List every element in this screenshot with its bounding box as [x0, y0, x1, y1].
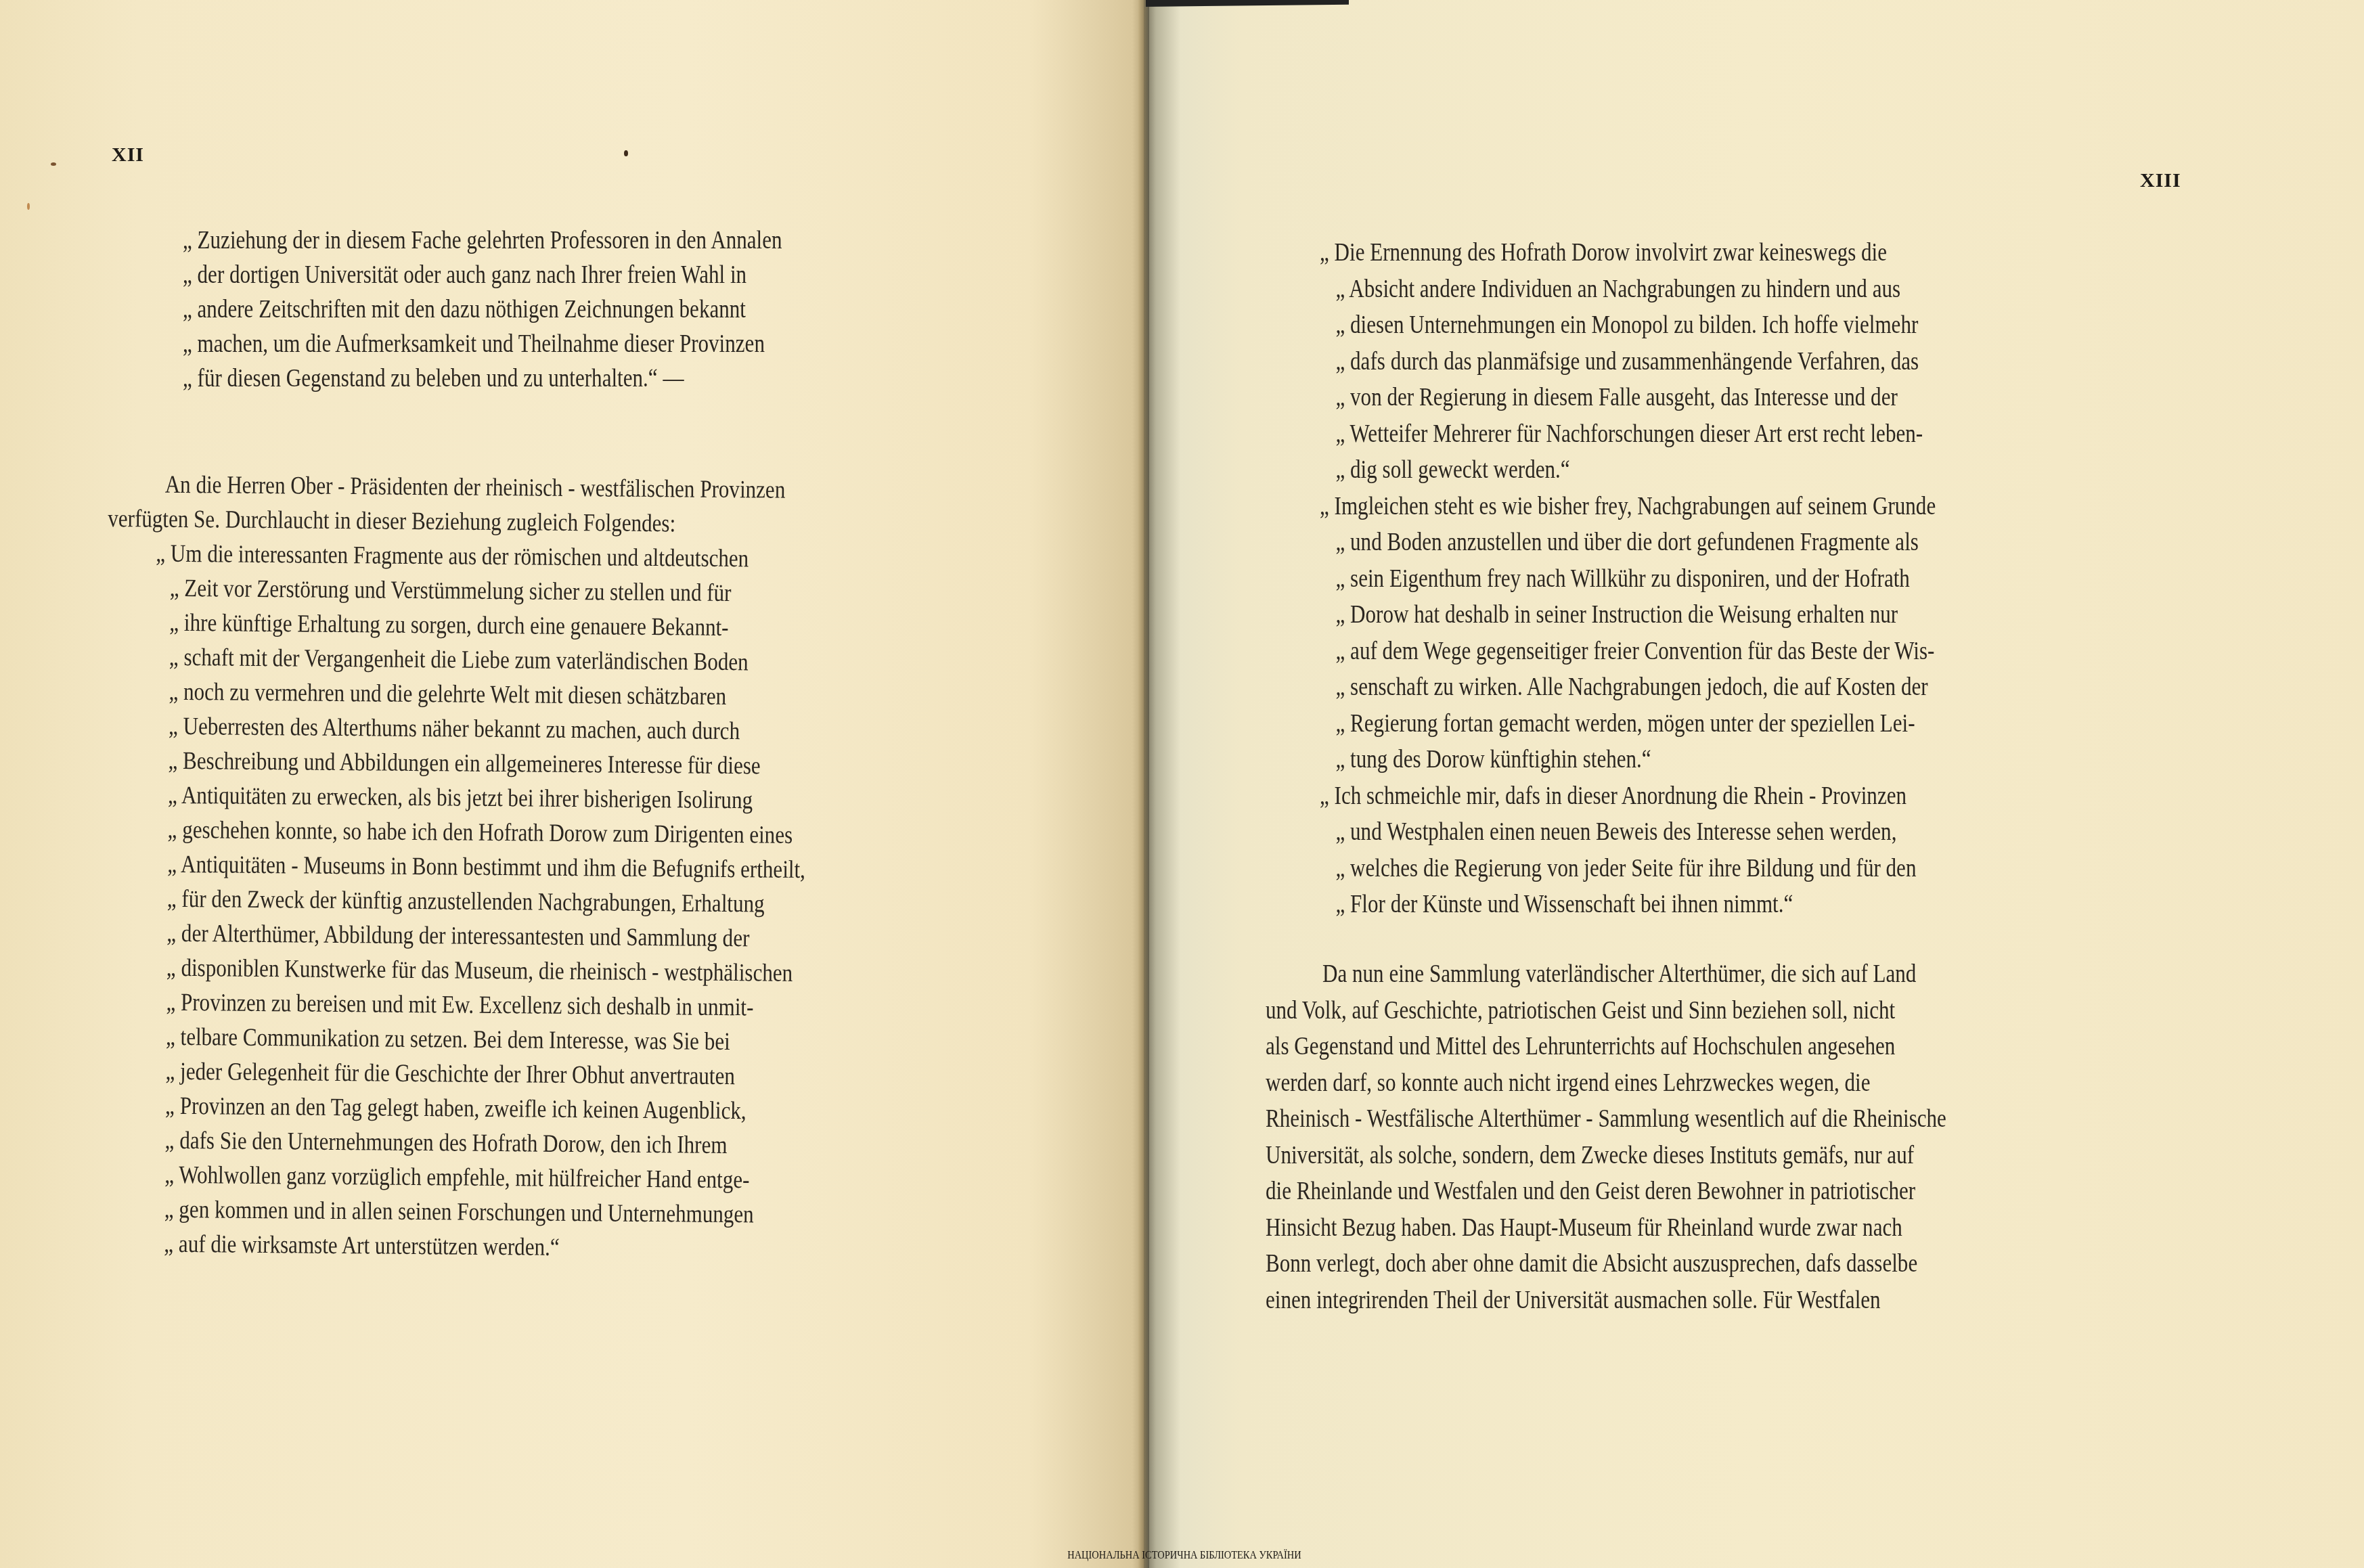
page-number-left: XII: [112, 143, 144, 166]
text-line: „ Provinzen zu bereisen und mit Ew. Exce…: [104, 985, 804, 1025]
text-line: Universität, als solche, sondern, dem Zw…: [1266, 1138, 1946, 1174]
text-line: „ Ueberresten des Alterthums näher bekan…: [106, 709, 806, 749]
text-line: „ Um die interessanten Fragmente aus der…: [108, 536, 808, 577]
left-main-text: An die Herren Ober - Präsidenten der rhe…: [102, 467, 942, 1268]
text-line: „ auf dem Wege gegenseitiger freier Conv…: [1320, 633, 1936, 670]
text-line: „ senschaft zu wirken. Alle Nachgrabunge…: [1320, 669, 1936, 706]
text-line: „ Regierung fortan gemacht werden, mögen…: [1320, 706, 1936, 742]
text-line: als Gegenstand und Mittel des Lehrunterr…: [1266, 1029, 1946, 1065]
text-line: „ disponiblen Kunstwerke für das Museum,…: [104, 950, 804, 991]
paragraph-first-line: Da nun eine Sammlung vaterländischer Alt…: [1266, 956, 1946, 993]
right-paragraph: Da nun eine Sammlung vaterländischer Alt…: [1266, 956, 2076, 1318]
text-line: „ tung des Dorow künftighin stehen.“: [1320, 742, 1936, 778]
text-line: „ schaft mit der Vergangenheit die Liebe…: [106, 640, 807, 680]
text-line: „ Absicht andere Individuen an Nachgrabu…: [1320, 271, 1936, 308]
text-line: „ diesen Unternehmungen ein Monopol zu b…: [1320, 307, 1936, 344]
text-line: „ Die Ernennung des Hofrath Dorow involv…: [1320, 235, 1936, 271]
text-line: „ Antiquitäten - Museums in Bonn bestimm…: [105, 847, 805, 887]
text-line: und Volk, auf Geschichte, patriotischen …: [1266, 993, 1946, 1029]
text-line: Hinsicht Bezug haben. Das Haupt-Museum f…: [1266, 1210, 1946, 1247]
text-line: verfügten Se. Durchlaucht in dieser Bezi…: [108, 501, 808, 542]
text-line: „ Flor der Künste und Wissenschaft bei i…: [1320, 887, 1936, 923]
text-line: „ für den Zweck der künftig anzustellend…: [104, 881, 805, 922]
page-number-right: XIII: [2140, 169, 2181, 192]
paper-speck: [27, 203, 30, 210]
text-line: „ Antiquitäten zu erwecken, als bis jetz…: [106, 778, 806, 818]
text-line: „ der dortigen Universität oder auch gan…: [183, 258, 782, 292]
text-line: „ jeder Gelegenheit für die Geschichte d…: [103, 1054, 803, 1094]
text-line: „ Provinzen an den Tag gelegt haben, zwe…: [103, 1088, 803, 1129]
left-quote-block-1: „ Zuziehung der in diesem Fache gelehrte…: [183, 223, 896, 396]
text-line: „ Beschreibung und Abbildungen ein allge…: [106, 743, 806, 784]
text-line: „ noch zu vermehren und die gelehrte Wel…: [106, 674, 807, 715]
text-line: „ dafs durch das planmäfsige und zusamme…: [1320, 344, 1936, 380]
text-line: die Rheinlande und Westfalen und den Gei…: [1266, 1173, 1946, 1210]
text-line: „ Dorow hat deshalb in seiner Instructio…: [1320, 597, 1936, 633]
text-line: „ Zeit vor Zerstörung und Verstümmelung …: [107, 570, 807, 611]
text-line: „ gen kommen und in allen seinen Forschu…: [102, 1192, 802, 1232]
text-line: „ von der Regierung in diesem Falle ausg…: [1320, 380, 1936, 416]
paper-speck: [624, 150, 628, 156]
text-line: „ Imgleichen steht es wie bisher frey, N…: [1320, 489, 1936, 525]
text-line: „ welches die Regierung von jeder Seite …: [1320, 851, 1936, 887]
text-line: Bonn verlegt, doch aber ohne damit die A…: [1266, 1246, 1946, 1282]
text-line: „ andere Zeitschriften mit den dazu nöth…: [183, 292, 782, 327]
text-line: einen integrirenden Theil der Universitä…: [1266, 1282, 1946, 1319]
paragraph-first-line: An die Herren Ober - Präsidenten der rhe…: [108, 467, 809, 508]
text-line: Rheinisch - Westfälische Alterthümer - S…: [1266, 1101, 1946, 1138]
text-line: „ dafs Sie den Unternehmungen des Hofrat…: [102, 1123, 803, 1163]
text-line: „ machen, um die Aufmerksamkeit und Thei…: [183, 327, 782, 361]
text-line: „ Zuziehung der in diesem Fache gelehrte…: [183, 223, 782, 258]
text-line: „ geschehen konnte, so habe ich den Hofr…: [105, 812, 805, 853]
text-line: „ Wetteifer Mehrerer für Nachforschungen…: [1320, 416, 1936, 453]
text-line: „ der Alterthümer, Abbildung der interes…: [104, 916, 805, 956]
text-line: „ Ich schmeichle mir, dafs in dieser Ano…: [1320, 778, 1936, 815]
right-quote-block: „ Die Ernennung des Hofrath Dorow involv…: [1320, 235, 2053, 923]
text-line: „ und Boden anzustellen und über die dor…: [1320, 524, 1936, 561]
text-line: „ Wohlwollen ganz vorzüglich empfehle, m…: [102, 1157, 803, 1198]
text-line: „ auf die wirksamste Art unterstützen we…: [102, 1226, 802, 1267]
paper-speck: [51, 162, 56, 166]
text-line: „ für diesen Gegenstand zu beleben und z…: [183, 361, 782, 396]
text-line: „ sein Eigenthum frey nach Willkühr zu d…: [1320, 561, 1936, 598]
library-watermark: НАЦІОНАЛЬНА ІСТОРИЧНА БІБЛІОТЕКА УКРАЇНИ: [1046, 1548, 1322, 1562]
book-gutter: [1138, 0, 1149, 1568]
text-line: „ telbare Communikation zu setzen. Bei d…: [103, 1019, 803, 1060]
text-line: werden darf, so konnte auch nicht irgend…: [1266, 1065, 1946, 1102]
text-line: „ und Westphalen einen neuen Beweis des …: [1320, 814, 1936, 851]
text-line: „ dig soll geweckt werden.“: [1320, 452, 1936, 489]
text-line: „ ihre künftige Erhaltung zu sorgen, dur…: [107, 605, 807, 646]
